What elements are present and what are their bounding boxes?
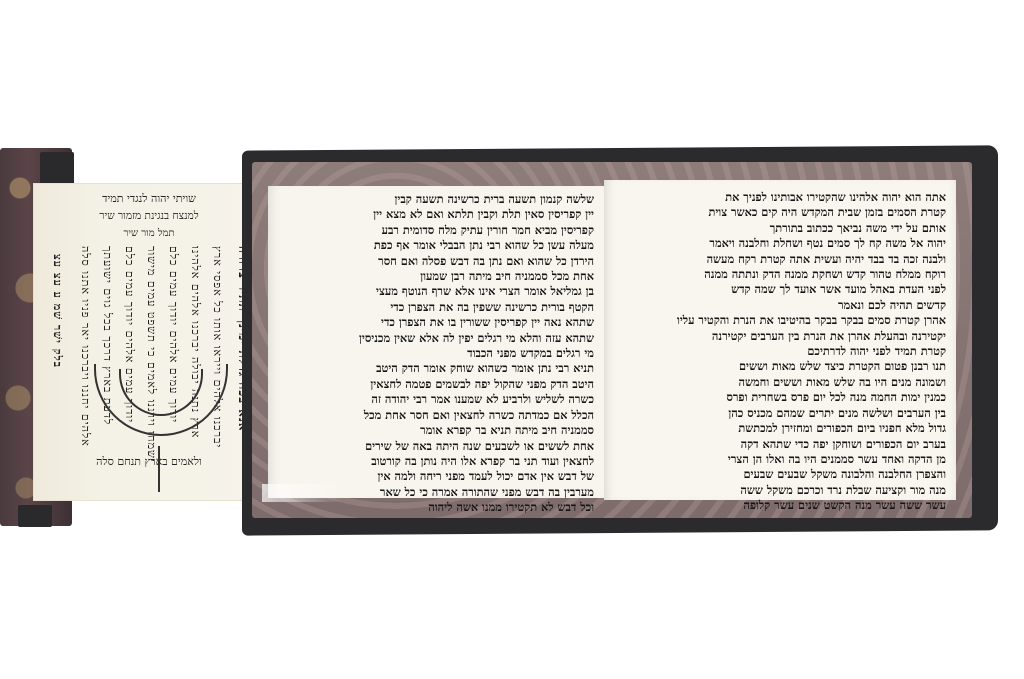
text-line: לפני העדת באהל מועד אשר אועד לך שמה קדש bbox=[614, 282, 946, 297]
right-page: אתה הוא יהוה אלהינו שהקטירו אבותינו לפני… bbox=[604, 180, 956, 500]
text-line: עשר ששה עשר מנה הקשט שנים עשר קלופה bbox=[614, 498, 946, 513]
menorah-arm-1: יברכנו אלהים וייראו אותו כל אפסי ארץ bbox=[211, 246, 224, 448]
text-line: הקטף בורית כרשינה ששפין בה את הצפרן כדי bbox=[278, 300, 594, 315]
menorah-arm-7: אלהים יחננו ויברכנו יאר פניו אתנו סלה bbox=[79, 246, 92, 447]
menorah-header-line3: תמל מור שיר bbox=[34, 228, 264, 239]
text-line: שתהא נאה יין קפריסין ששורין בו את הצפרן … bbox=[278, 315, 594, 330]
menorah-header-line1: שויתי יהוה לנגדי תמיד bbox=[34, 192, 264, 205]
text-line: שלשה קנמון תשעה ברית כרשינה תשעה קבין bbox=[278, 192, 594, 207]
text-line: בערב יום הכפורים ושוחקן יפה כדי שתהא דקה bbox=[614, 437, 946, 452]
text-line: אותם על ידי משה נביאך ככתוב בתורתך bbox=[614, 221, 946, 236]
menorah-page: שויתי יהוה לנגדי תמיד למנצח בנגינת מזמור… bbox=[34, 184, 264, 500]
text-line: מנה מור וקציעה שבלת נרד וכרכם משקל ששה bbox=[614, 483, 946, 498]
text-line: הירדן כל שהוא ואם נתן בה דבש פסלה ואם חס… bbox=[278, 254, 594, 269]
menorah-header-line2: למנצח בנגינת מזמור שיר bbox=[34, 210, 264, 222]
text-line: בין הערבים ושלשה מנים יתרים שמהם מכניס כ… bbox=[614, 406, 946, 421]
menorah-outer-left-text: בלק ישׁר שׁמ ע עצ עצ bbox=[51, 254, 64, 368]
text-line: של דבש אין אדם יכול לעמד מפני ריחה ולמה … bbox=[278, 469, 594, 484]
text-line: כשרה לשליש ולרביע לא שמענו אמר רבי יהודה… bbox=[278, 392, 594, 407]
middle-page-text: שלשה קנמון תשעה ברית כרשינה תשעה קבין יי… bbox=[278, 192, 594, 516]
right-page-text: אתה הוא יהוה אלהינו שהקטירו אבותינו לפני… bbox=[614, 190, 946, 514]
middle-page: שלשה קנמון תשעה ברית כרשינה תשעה קבין יי… bbox=[268, 186, 604, 498]
text-line: קטרת תמיד לפני יהוה לדרתיכם bbox=[614, 344, 946, 359]
text-line: ולבנה זכה בד בבד יהיה ועשית אתה קטרת רקח… bbox=[614, 252, 946, 267]
text-line: הכלל אם כמדתה כשרה לחצאין ואם חסר אחת מכ… bbox=[278, 408, 594, 423]
text-line: קפריסין מביא חמר חורין עתיק מלח סדומית ר… bbox=[278, 223, 594, 238]
text-line: מעלה עשן כל שהוא רבי נתן הבבלי אומר אף כ… bbox=[278, 238, 594, 253]
text-line: תנו רבנן פטום הקטרת כיצד שלש מאות וששים bbox=[614, 359, 946, 374]
cover-corner-top bbox=[40, 152, 74, 188]
text-line: שתהא עזה והלא מי רגלים יפין לה אלא שאין … bbox=[278, 331, 594, 346]
text-line: תניא רבי נתן אומר כשהוא שוחק אומר הדק הי… bbox=[278, 361, 594, 376]
text-line: אחת לששים או לשבעים שנה היתה באה של שירי… bbox=[278, 439, 594, 454]
text-line: קטרת הסמים בזמן שבית המקדש היה קים כאשר … bbox=[614, 205, 946, 220]
text-line: רוקח ממלח טהור קדש ושחקת ממנה הדק ונתתה … bbox=[614, 267, 946, 282]
text-line: בן גמליאל אומר הצרי אינו אלא שרף הנוטף מ… bbox=[278, 284, 594, 299]
text-line: מן הדקה ואחד עשר סממנים היו בה ואלו הן ה… bbox=[614, 452, 946, 467]
text-line: לחצאין ועוד תני בר קפרא אלו היה נותן בה … bbox=[278, 454, 594, 469]
text-line: מי רגלים במקדש מפני הכבוד bbox=[278, 346, 594, 361]
text-line: יין קפריסין סאין תלת וקבין תלתא ואם לא מ… bbox=[278, 207, 594, 222]
cover-corner-bottom bbox=[18, 505, 52, 527]
text-line: אחת מכל סממניה חיב מיתה רבן שמעון bbox=[278, 269, 594, 284]
lamination-glare bbox=[262, 484, 342, 502]
text-line: וכל דבש לא תקטירו ממנו אשה ליהוה bbox=[278, 500, 594, 515]
text-line: יקטירנה ובהעלת אהרן את הנרת בין הערבים י… bbox=[614, 329, 946, 344]
text-line: ושמונה מנים היו בה שלש מאות וששים וחמשה bbox=[614, 375, 946, 390]
text-line: אהרן קטרת סמים בבקר בבקר בהיטיבו את הנרת… bbox=[614, 313, 946, 328]
text-line: אתה הוא יהוה אלהינו שהקטירו אבותינו לפני… bbox=[614, 190, 946, 205]
menorah-footer: ולאמים בארץ תנחם סלה bbox=[34, 455, 264, 468]
text-line: כמנין ימות החמה מנה לכל יום פרס בשחרית ו… bbox=[614, 390, 946, 405]
text-line: קדשים תהיה לכם ונאמר bbox=[614, 298, 946, 313]
text-line: והצפרן החלבנה והלבונה משקל שבעים שבעים bbox=[614, 467, 946, 482]
text-line: יהוה אל משה קח לך סמים נטף ושחלת וחלבנה … bbox=[614, 236, 946, 251]
menorah-stem bbox=[158, 446, 160, 492]
text-line: היטב הדק מפני שהקול יפה לבשמים פטמה לחצא… bbox=[278, 377, 594, 392]
text-line: סממניה חיב מיתה תניא בר קפרא אומר bbox=[278, 423, 594, 438]
text-line: גדול מלא חפניו ביום הכפורים ומחזירן למכת… bbox=[614, 421, 946, 436]
